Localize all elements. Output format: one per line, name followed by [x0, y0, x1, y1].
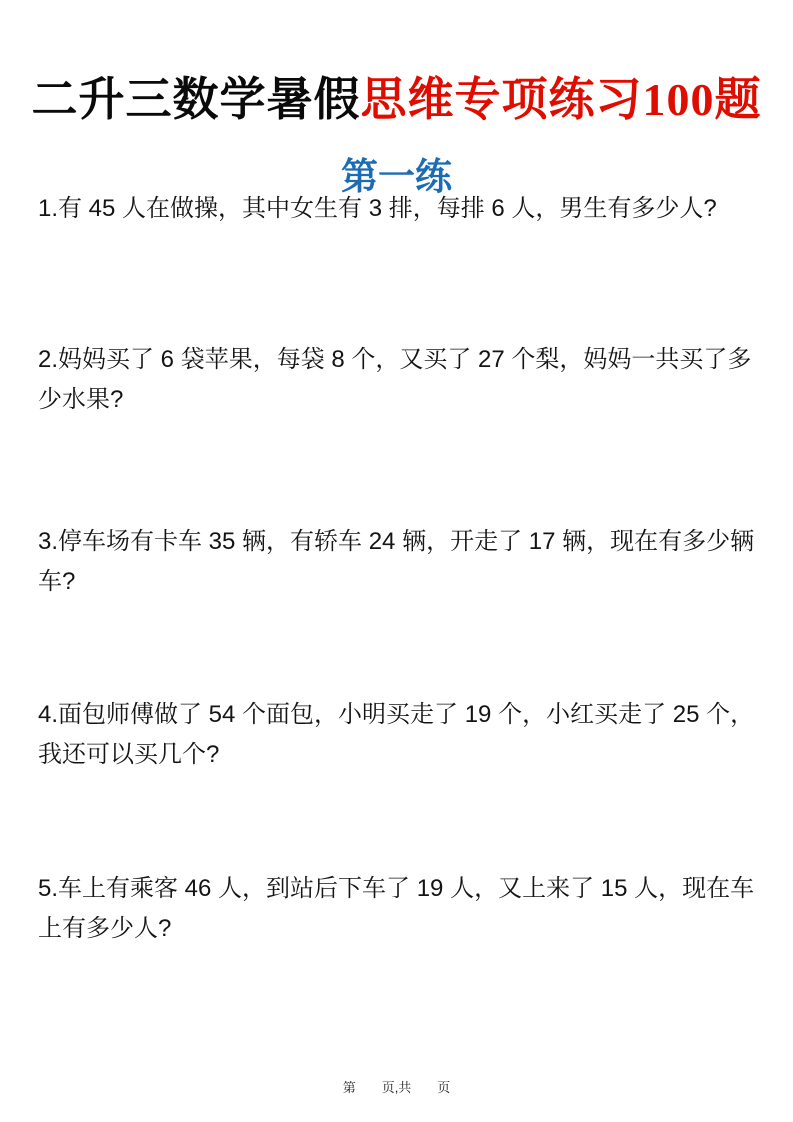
problem-2: 2.妈妈买了 6 袋苹果，每袋 8 个，又买了 27 个梨，妈妈一共买了多 少水…: [38, 340, 758, 420]
problem-4: 4.面包师傅做了 54 个面包，小明买走了 19 个，小红买走了 25 个， 我…: [38, 695, 758, 775]
page-footer: 第 页,共 页: [0, 1079, 793, 1097]
problem-1: 1.有 45 人在做操，其中女生有 3 排，每排 6 人，男生有多少人?: [38, 189, 758, 229]
problem-5: 5.车上有乘客 46 人，到站后下车了 19 人，又上来了 15 人，现在车 上…: [38, 869, 758, 949]
problem-3-line-2: 车?: [38, 562, 758, 602]
worksheet-page: 二升三数学暑假思维专项练习100题 第一练 1.有 45 人在做操，其中女生有 …: [0, 0, 793, 1122]
problem-3: 3.停车场有卡车 35 辆，有轿车 24 辆，开走了 17 辆，现在有多少辆 车…: [38, 522, 758, 602]
page-title-black-part: 二升三数学暑假: [32, 74, 361, 125]
page-title-red-part: 思维专项练习100题: [361, 74, 762, 125]
page-title: 二升三数学暑假思维专项练习100题: [0, 69, 793, 131]
problem-2-line-2: 少水果?: [38, 380, 758, 420]
problem-3-line-1: 3.停车场有卡车 35 辆，有轿车 24 辆，开走了 17 辆，现在有多少辆: [38, 522, 758, 562]
problem-4-line-1: 4.面包师傅做了 54 个面包，小明买走了 19 个，小红买走了 25 个，: [38, 695, 758, 735]
problem-1-line-1: 1.有 45 人在做操，其中女生有 3 排，每排 6 人，男生有多少人?: [38, 189, 758, 229]
problem-5-line-1: 5.车上有乘客 46 人，到站后下车了 19 人，又上来了 15 人，现在车: [38, 869, 758, 909]
problem-2-line-1: 2.妈妈买了 6 袋苹果，每袋 8 个，又买了 27 个梨，妈妈一共买了多: [38, 340, 758, 380]
problem-4-line-2: 我还可以买几个?: [38, 735, 758, 775]
problem-5-line-2: 上有多少人?: [38, 909, 758, 949]
